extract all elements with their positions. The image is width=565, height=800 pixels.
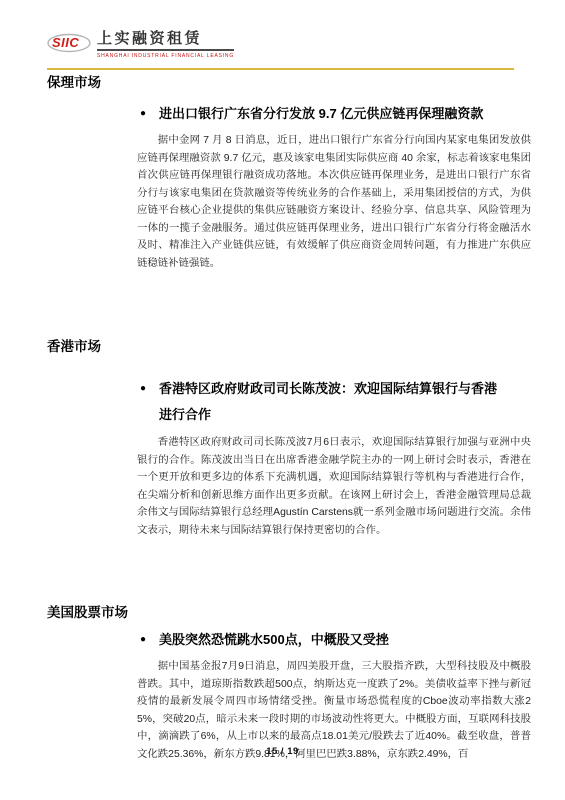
headline-text: 美股突然恐慌跳水500点，中概股又受挫 — [159, 627, 389, 653]
bullet-icon: ● — [140, 376, 146, 402]
bullet-icon: ● — [140, 627, 146, 653]
news-headline: ● 进出口银行广东省分行发放 9.7 亿元供应链再保理融资款 — [140, 101, 531, 127]
news-headline: ● 香港特区政府财政司司长陈茂波：欢迎国际结算银行与香港进行合作 — [140, 376, 531, 428]
section-us-stock-market: 美国股票市场 ● 美股突然恐慌跳水500点，中概股又受挫 据中国基金报7月9日消… — [47, 604, 531, 763]
logo-name-chinese: 上实融资租赁 — [97, 30, 234, 51]
section-hongkong-market: 香港市场 ● 香港特区政府财政司司长陈茂波：欢迎国际结算银行与香港进行合作 香港… — [47, 338, 531, 539]
section-heading: 保理市场 — [47, 74, 531, 92]
document-page: SIIC 上实融资租赁 SHANGHAI INDUSTRIAL FINANCIA… — [0, 0, 565, 800]
headline-text: 香港特区政府财政司司长陈茂波：欢迎国际结算银行与香港进行合作 — [159, 376, 507, 428]
page-number: 15 / 19 — [0, 746, 565, 757]
divider-rule — [47, 68, 514, 70]
company-logo: SIIC 上实融资租赁 SHANGHAI INDUSTRIAL FINANCIA… — [47, 30, 531, 60]
section-heading: 美国股票市场 — [47, 604, 531, 622]
logo-mark-text: SIIC — [52, 35, 79, 50]
headline-text: 进出口银行广东省分行发放 9.7 亿元供应链再保理融资款 — [159, 101, 483, 127]
siic-logo-icon: SIIC — [47, 33, 91, 53]
bullet-icon: ● — [140, 101, 146, 127]
section-factoring-market: 保理市场 ● 进出口银行广东省分行发放 9.7 亿元供应链再保理融资款 据中金网… — [47, 74, 531, 272]
news-headline: ● 美股突然恐慌跳水500点，中概股又受挫 — [140, 627, 531, 653]
logo-name-english: SHANGHAI INDUSTRIAL FINANCIAL LEASING — [97, 53, 234, 59]
section-heading: 香港市场 — [47, 338, 531, 356]
news-paragraph: 香港特区政府财政司司长陈茂波7月6日表示，欢迎国际结算银行加强与亚洲中央银行的合… — [137, 434, 531, 539]
news-paragraph: 据中金网 7 月 8 日消息，近日，进出口银行广东省分行向国内某家电集团发放供应… — [137, 132, 531, 272]
